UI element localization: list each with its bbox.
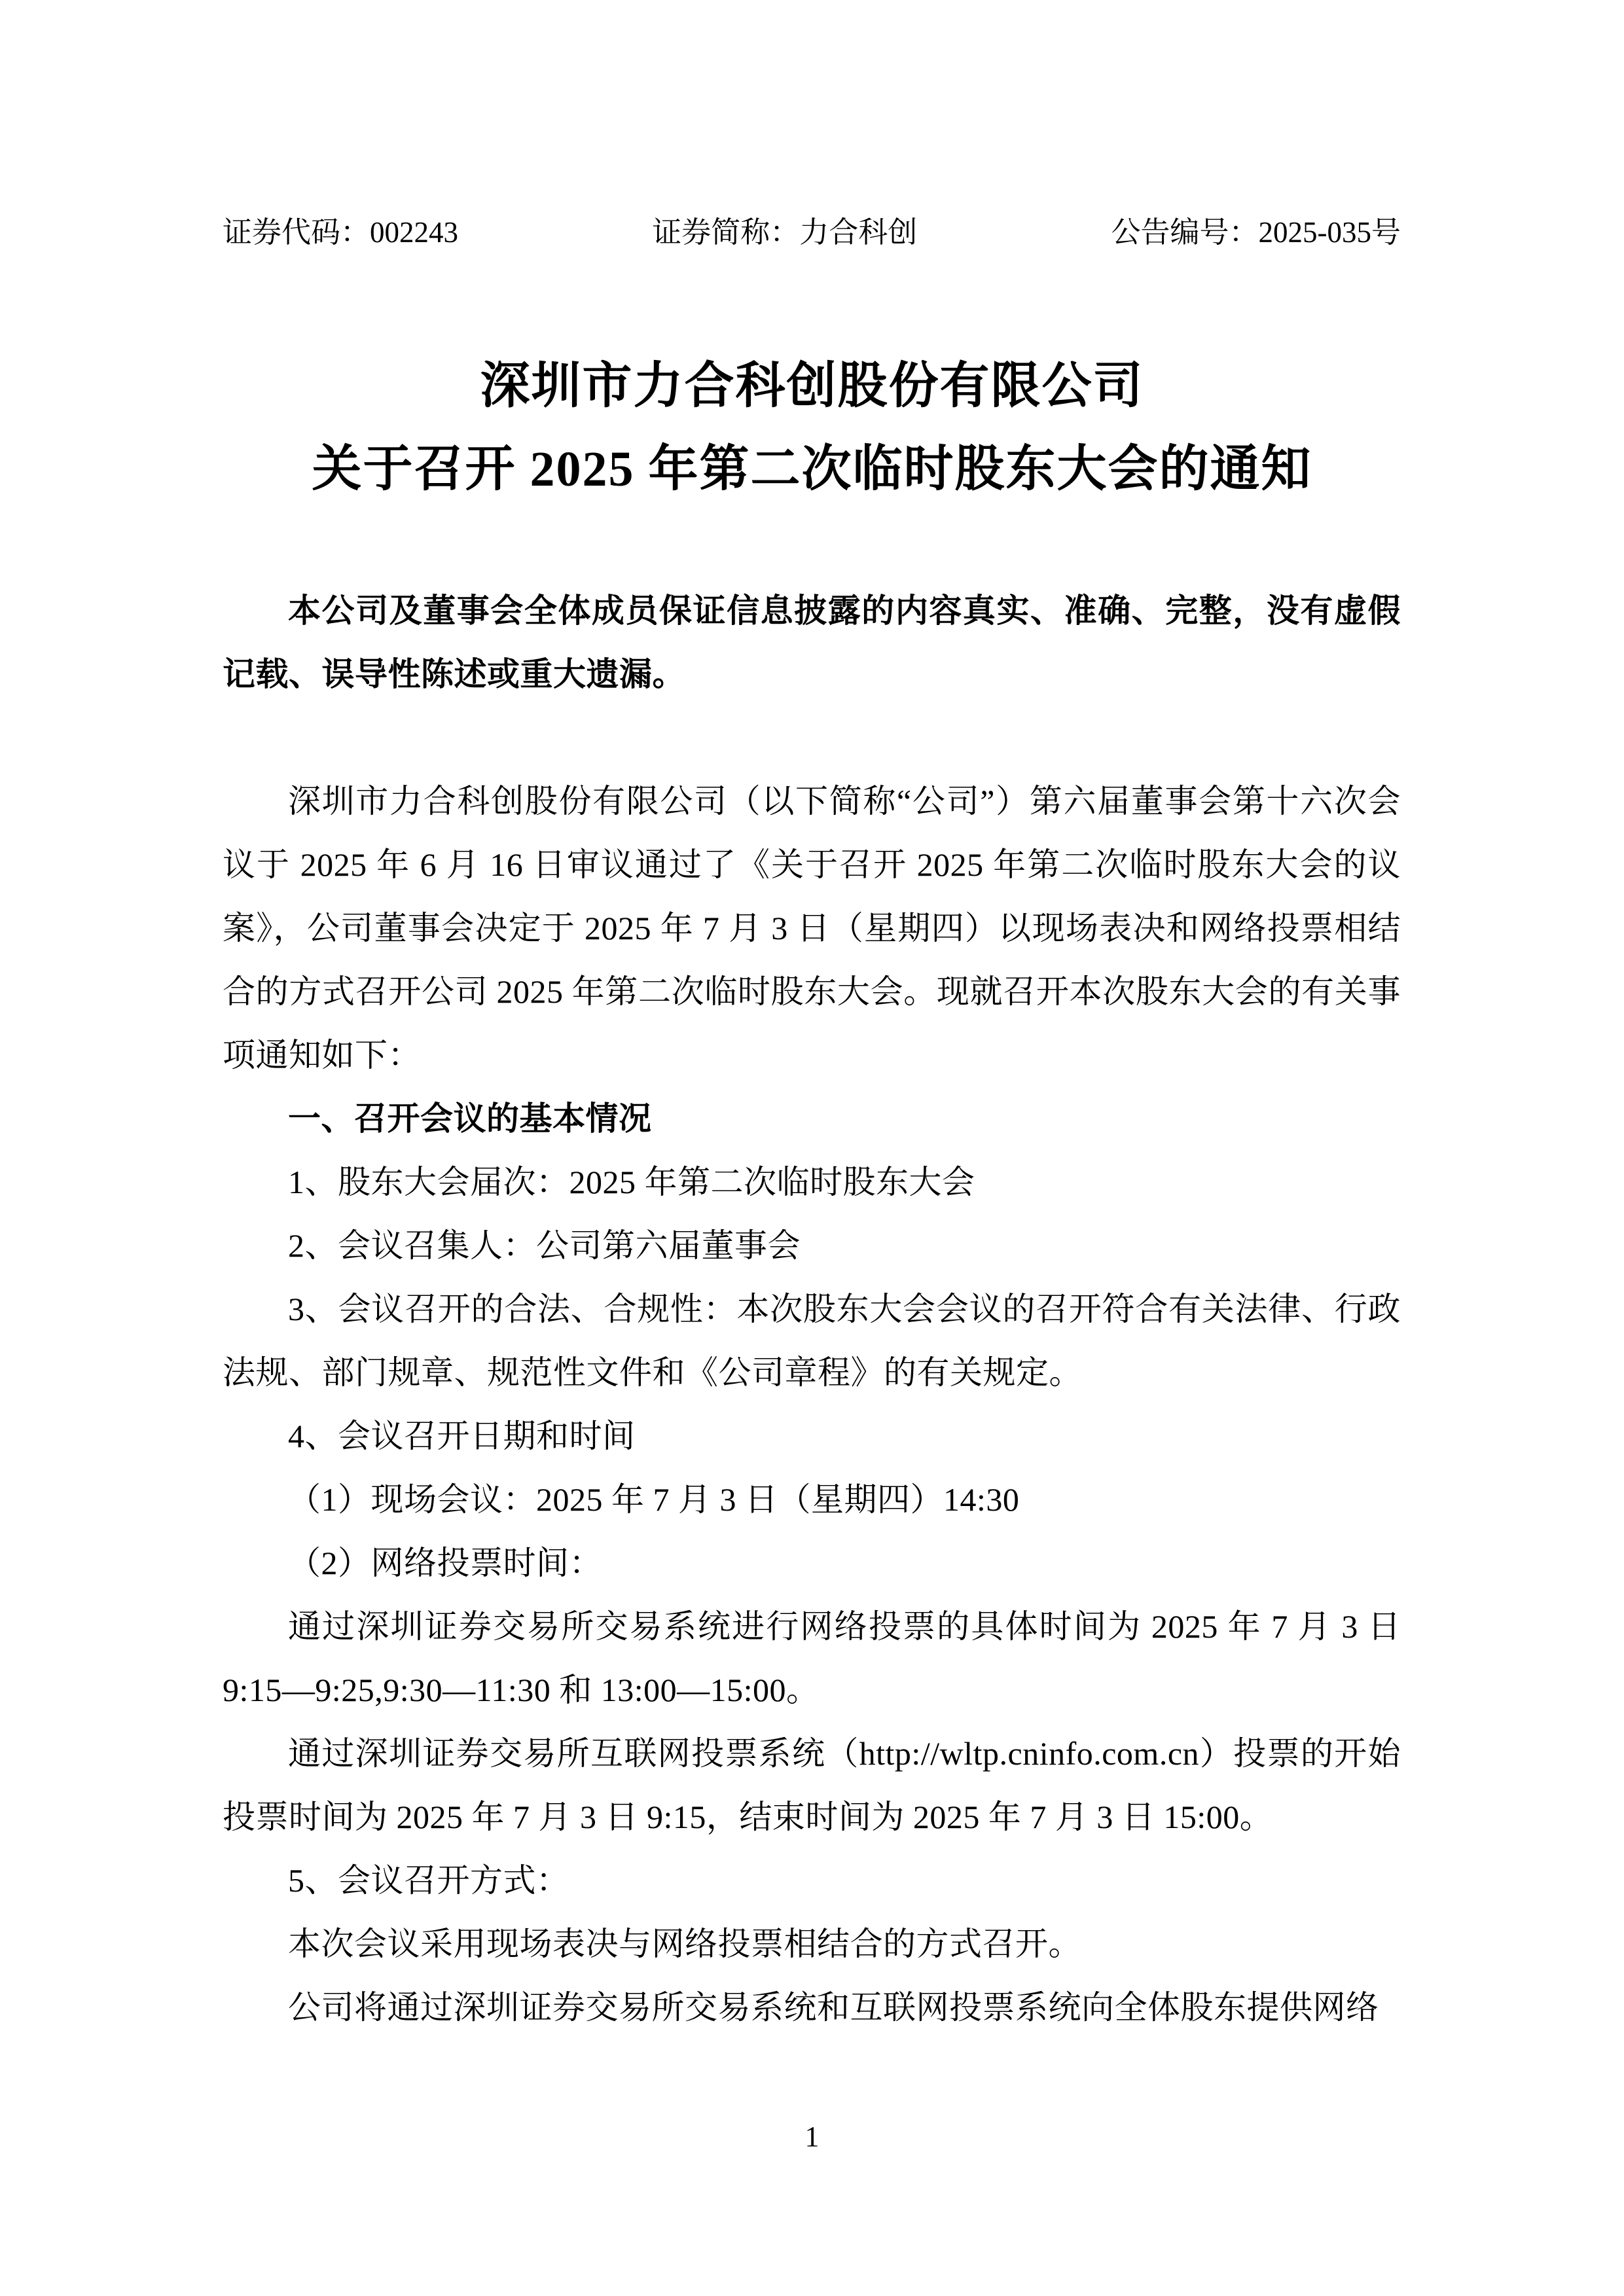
company-title: 深圳市力合科创股份有限公司 <box>0 361 1624 411</box>
item-meeting-method-heading: 5、会议召开方式： <box>223 1849 1401 1912</box>
stock-code: 证券代码：002243 <box>223 213 458 252</box>
section-1-heading: 一、召开会议的基本情况 <box>223 1087 1401 1151</box>
stock-name: 证券简称：力合科创 <box>652 213 917 252</box>
document-body: 本公司及董事会全体成员保证信息披露的内容真实、准确、完整，没有虚假记载、误导性陈… <box>223 579 1401 2039</box>
notice-title: 关于召开 2025 年第二次临时股东大会的通知 <box>0 444 1624 494</box>
item-network-service: 公司将通过深圳证券交易所交易系统和互联网投票系统向全体股东提供网络 <box>223 1976 1401 2039</box>
document-page: 证券代码：002243 证券简称：力合科创 公告编号：2025-035号 深圳市… <box>0 0 1624 2296</box>
item-trading-system-voting-time: 通过深圳证券交易所交易系统进行网络投票的具体时间为 2025 年 7 月 3 日… <box>223 1595 1401 1722</box>
item-date-time-heading: 4、会议召开日期和时间 <box>223 1405 1401 1468</box>
item-meeting-method: 本次会议采用现场表决与网络投票相结合的方式召开。 <box>223 1912 1401 1976</box>
item-convener: 2、会议召集人：公司第六届董事会 <box>223 1214 1401 1278</box>
item-meeting-session: 1、股东大会届次：2025 年第二次临时股东大会 <box>223 1151 1401 1214</box>
disclaimer-paragraph: 本公司及董事会全体成员保证信息披露的内容真实、准确、完整，没有虚假记载、误导性陈… <box>223 579 1401 706</box>
item-onsite-meeting-time: （1）现场会议：2025 年 7 月 3 日（星期四）14:30 <box>223 1468 1401 1532</box>
document-header: 证券代码：002243 证券简称：力合科创 公告编号：2025-035号 <box>223 213 1401 252</box>
item-online-voting-heading: （2）网络投票时间： <box>223 1532 1401 1595</box>
intro-paragraph: 深圳市力合科创股份有限公司（以下简称“公司”）第六届董事会第十六次会议于 202… <box>223 770 1401 1087</box>
item-internet-voting-time: 通过深圳证券交易所互联网投票系统（http://wltp.cninfo.com.… <box>223 1722 1401 1849</box>
notice-number: 公告编号：2025-035号 <box>1111 213 1401 252</box>
item-legality: 3、会议召开的合法、合规性：本次股东大会会议的召开符合有关法律、行政法规、部门规… <box>223 1278 1401 1405</box>
page-number: 1 <box>0 2121 1624 2153</box>
